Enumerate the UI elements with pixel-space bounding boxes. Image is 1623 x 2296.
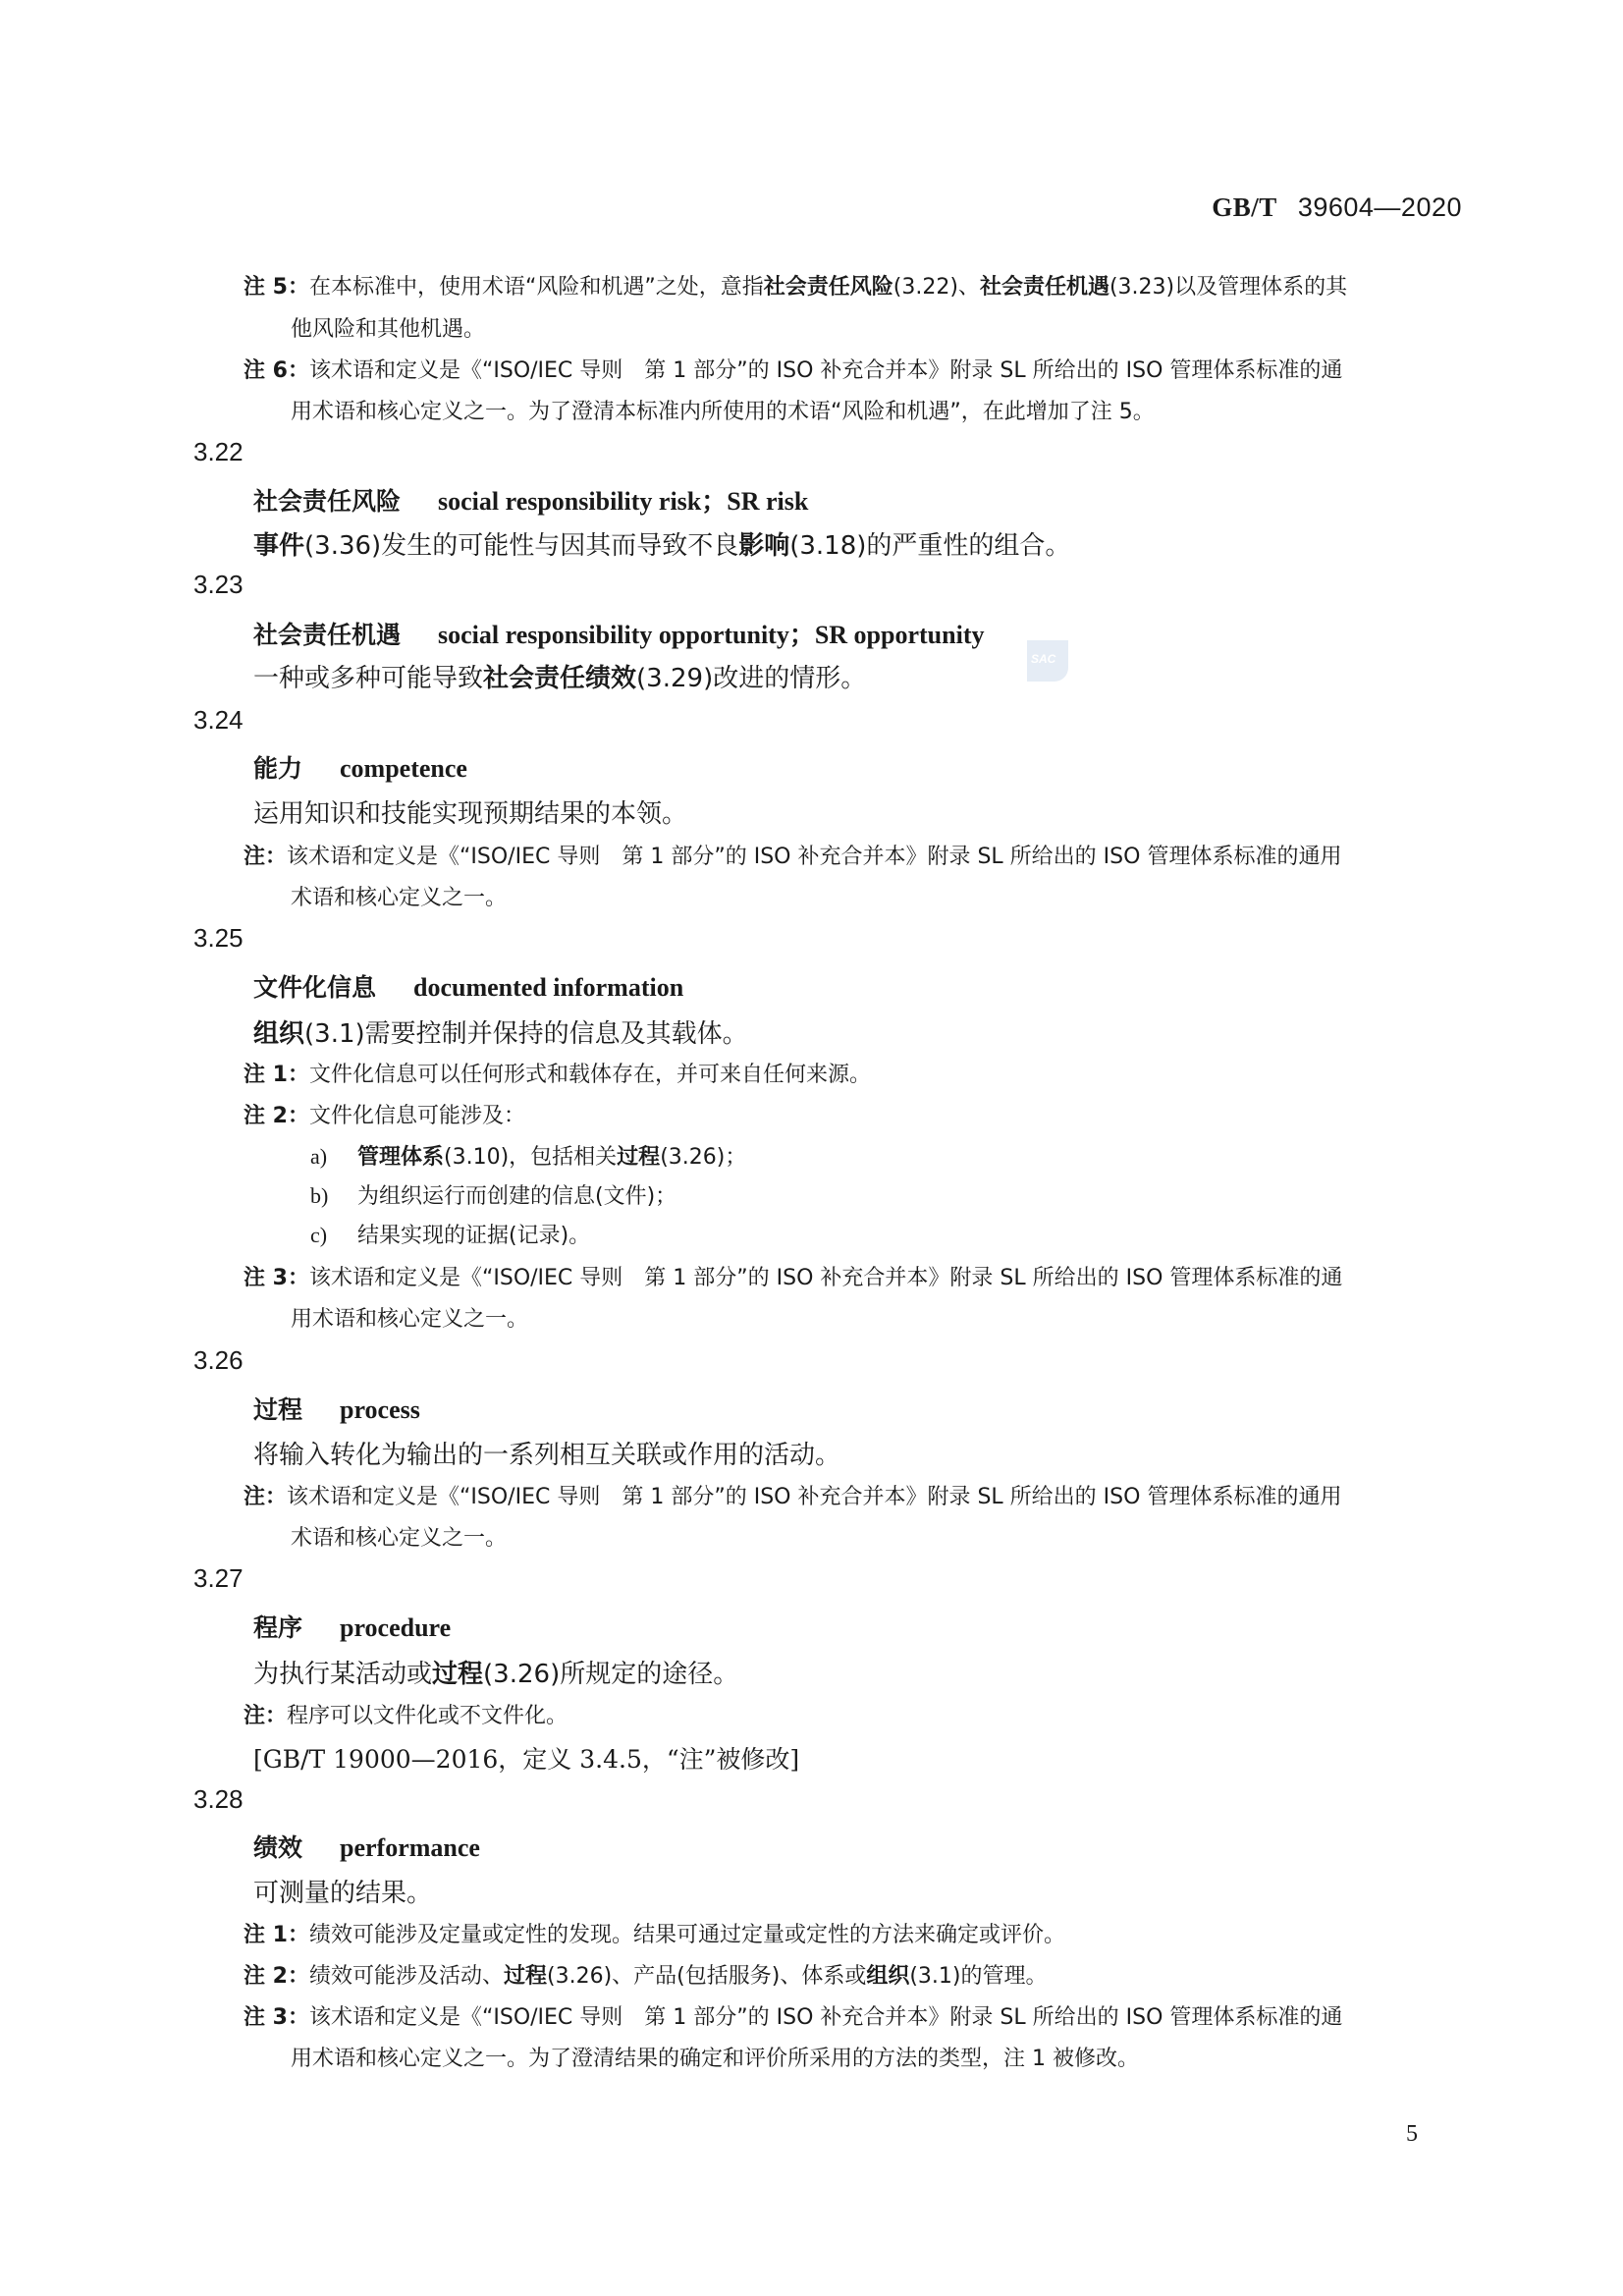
entry-note-continuation: 术语和核心定义之一。 — [291, 1521, 507, 1552]
list-item: c)结果实现的证据(记录)。 — [310, 1219, 590, 1249]
list-item: b)为组织运行而创建的信息(文件)； — [310, 1179, 676, 1210]
entry-note: 注：程序可以文件化或不文件化。 — [243, 1699, 568, 1729]
entry-note-3: 注 3：该术语和定义是《“ISO/IEC 导则 第 1 部分”的 ISO 补充合… — [243, 2000, 1342, 2031]
entry-term: 社会责任风险social responsibility risk；SR risk — [253, 481, 808, 518]
page-header: GB/T 39604—2020 — [1212, 192, 1462, 223]
entry-note: 注：该术语和定义是《“ISO/IEC 导则 第 1 部分”的 ISO 补充合并本… — [243, 1480, 1341, 1510]
source-reference: [GB/T 19000—2016，定义 3.4.5，“注”被修改] — [253, 1740, 799, 1776]
entry-definition: 运用知识和技能实现预期结果的本领。 — [253, 793, 687, 830]
entry-number: 3.25 — [193, 923, 243, 954]
entry-note-continuation: 术语和核心定义之一。 — [291, 881, 507, 911]
document-page: GB/T 39604—2020 注 5：在本标准中，使用术语“风险和机遇”之处，… — [0, 0, 1623, 2296]
note-6-continuation: 用术语和核心定义之一。为了澄清本标准内所使用的术语“风险和机遇”，在此增加了注 … — [291, 395, 1155, 425]
entry-number: 3.22 — [193, 437, 243, 467]
entry-note-continuation: 用术语和核心定义之一。为了澄清结果的确定和评价所采用的方法的类型，注 1 被修改… — [291, 2042, 1139, 2072]
entry-term: 文件化信息documented information — [253, 968, 683, 1004]
entry-definition: 事件(3.36)发生的可能性与因其而导致不良影响(3.18)的严重性的组合。 — [253, 525, 1070, 562]
entry-note-1: 注 1：文件化信息可以任何形式和载体存在，并可来自任何来源。 — [243, 1058, 871, 1088]
term-ref: 社会责任风险 — [764, 275, 893, 300]
entry-note-2: 注 2：文件化信息可能涉及： — [243, 1099, 525, 1129]
entry-definition: 可测量的结果。 — [253, 1873, 432, 1909]
entry-term: 程序procedure — [253, 1609, 451, 1644]
entry-number: 3.23 — [193, 570, 243, 600]
entry-definition: 组织(3.1)需要控制并保持的信息及其载体。 — [253, 1013, 748, 1050]
entry-number: 3.24 — [193, 705, 243, 736]
entry-note: 注：该术语和定义是《“ISO/IEC 导则 第 1 部分”的 ISO 补充合并本… — [243, 840, 1341, 870]
entry-term: 能力competence — [253, 749, 467, 785]
entry-number: 3.27 — [193, 1563, 243, 1594]
entry-number: 3.28 — [193, 1784, 243, 1815]
entry-note-3: 注 3：该术语和定义是《“ISO/IEC 导则 第 1 部分”的 ISO 补充合… — [243, 1261, 1342, 1291]
list-item: a)管理体系(3.10)，包括相关过程(3.26)； — [310, 1140, 746, 1171]
entry-number: 3.26 — [193, 1345, 243, 1376]
sac-watermark-logo: SAC — [1027, 640, 1068, 682]
note-5-continuation: 他风险和其他机遇。 — [291, 312, 485, 343]
standard-number: 39604—2020 — [1298, 192, 1462, 222]
entry-term: 绩效performance — [253, 1829, 480, 1864]
note-5: 注 5：在本标准中，使用术语“风险和机遇”之处，意指社会责任风险(3.22)、社… — [243, 270, 1347, 301]
entry-definition: 一种或多种可能导致社会责任绩效(3.29)改进的情形。 — [253, 658, 866, 694]
page-number: 5 — [1406, 2121, 1418, 2148]
entry-note-1: 注 1：绩效可能涉及定量或定性的发现。结果可通过定量或定性的方法来确定或评价。 — [243, 1918, 1065, 1948]
entry-definition: 为执行某活动或过程(3.26)所规定的途径。 — [253, 1654, 738, 1690]
term-ref: 社会责任机遇 — [980, 275, 1109, 300]
entry-note-continuation: 用术语和核心定义之一。 — [291, 1302, 528, 1333]
entry-note-2: 注 2：绩效可能涉及活动、过程(3.26)、产品(包括服务)、体系或组织(3.1… — [243, 1959, 1048, 1990]
standard-prefix: GB/T — [1212, 192, 1277, 222]
note-6: 注 6：该术语和定义是《“ISO/IEC 导则 第 1 部分”的 ISO 补充合… — [243, 354, 1342, 384]
entry-definition: 将输入转化为输出的一系列相互关联或作用的活动。 — [253, 1435, 840, 1471]
entry-term: 过程process — [253, 1391, 420, 1426]
entry-term: 社会责任机遇social responsibility opportunity；… — [253, 615, 984, 651]
